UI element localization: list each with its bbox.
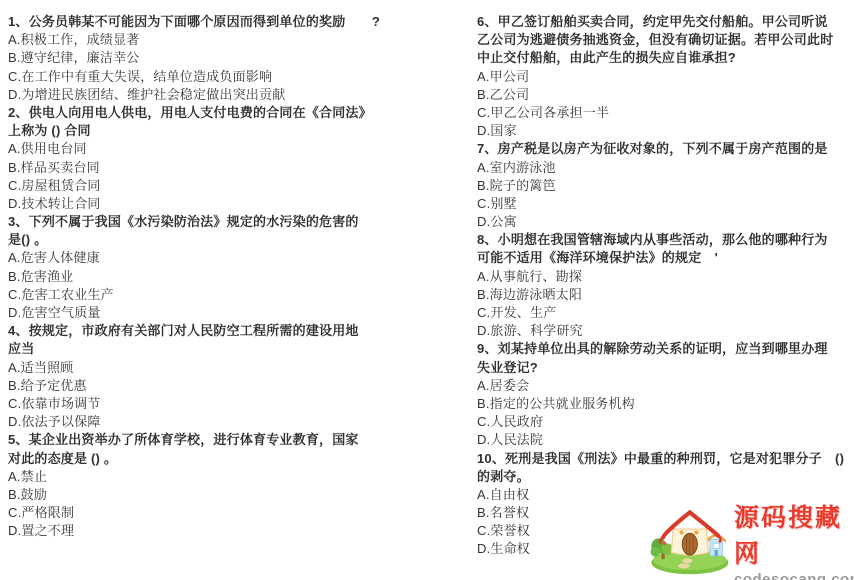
question-2-stem-line: 上称为 () 合同	[8, 122, 428, 140]
question-1-stem-line: 1、公务员韩某不可能因为下面哪个原因而得到单位的奖励 ?	[8, 13, 428, 31]
question-9-option: C.人民政府	[477, 413, 849, 431]
question-8-option: A.从事航行、勘探	[477, 268, 849, 286]
question-3-stem-line: 是() 。	[8, 231, 428, 249]
question-6-stem-line: 6、甲乙签订船舶买卖合同，约定甲先交付船舶。甲公司听说	[477, 13, 849, 31]
site-name: 源码搜藏网	[734, 498, 854, 570]
question-column-left: 1、公务员韩某不可能因为下面哪个原因而得到单位的奖励 ?A.积极工作，成绩显著B…	[8, 13, 428, 540]
question-1-option: D.为增进民族团结、维护社会稳定做出突出贡献	[8, 86, 428, 104]
question-3-option: B.危害渔业	[8, 268, 428, 286]
question-2-option: A.供用电台同	[8, 140, 428, 158]
question-7-stem-line: 7、房产税是以房产为征收对象的，下列不属于房产范围的是	[477, 140, 849, 158]
question-9-option: B.指定的公共就业服务机构	[477, 395, 849, 413]
question-5-option: D.置之不理	[8, 522, 428, 540]
question-8-stem-line: 可能不适用《海洋环境保护法》的规定 '	[477, 249, 849, 267]
question-3-option: A.危害人体健康	[8, 249, 428, 267]
question-4-option: A.适当照顾	[8, 359, 428, 377]
question-3-option: D.危害空气质量	[8, 304, 428, 322]
question-3-option: C.危害工农业生产	[8, 286, 428, 304]
question-9-option: A.居委会	[477, 377, 849, 395]
exam-document-page: 1、公务员韩某不可能因为下面哪个原因而得到单位的奖励 ?A.积极工作，成绩显著B…	[0, 0, 854, 580]
question-6-stem-line: 乙公司为逃避债务抽逃资金，但没有确切证据。若甲公司此时	[477, 31, 849, 49]
question-5-stem-line: 5、某企业出资举办了所体育学校，进行体育专业教育，国家	[8, 431, 428, 449]
question-1-option: B.遵守纪律，廉洁幸公	[8, 49, 428, 67]
question-column-right: 6、甲乙签订船舶买卖合同，约定甲先交付船舶。甲公司听说乙公司为逃避债务抽逃资金，…	[477, 13, 849, 559]
question-2-stem-line: 2、供电人向用电人供电，用电人支付电费的合同在《合同法》	[8, 104, 428, 122]
question-7-option: D.公寓	[477, 213, 849, 231]
question-4-stem-line: 应当	[8, 340, 428, 358]
question-6-stem-line: 中止交付船舶，由此产生的损失应自谁承担?	[477, 49, 849, 67]
question-7-option: A.室内游泳池	[477, 159, 849, 177]
question-9-stem-line: 9、刘某持单位出具的解除劳动关系的证明，应当到哪里办理	[477, 340, 849, 358]
site-domain: codesocang.com	[734, 571, 854, 580]
question-10-stem-line: 的剥夺。	[477, 468, 849, 486]
question-5-option: C.严格限制	[8, 504, 428, 522]
question-2-option: C.房屋租赁合同	[8, 177, 428, 195]
question-8-option: B.海边游泳晒太阳	[477, 286, 849, 304]
question-7-option: B.院子的篱笆	[477, 177, 849, 195]
question-6-option: D.国家	[477, 122, 849, 140]
question-7-option: C.别墅	[477, 195, 849, 213]
question-9-option: D.人民法院	[477, 431, 849, 449]
question-2-option: D.技术转让合同	[8, 195, 428, 213]
question-2-option: B.样品买卖台同	[8, 159, 428, 177]
question-3-stem-line: 3、下列不属于我国《水污染防治法》规定的水污染的危害的	[8, 213, 428, 231]
question-8-stem-line: 8、小明想在我国管辖海域内从事些活动，那么他的哪种行为	[477, 231, 849, 249]
question-4-option: C.依靠市场调节	[8, 395, 428, 413]
question-1-option: C.在工作中有重大失误，结单位造成负面影响	[8, 68, 428, 86]
question-4-option: B.给予定优惠	[8, 377, 428, 395]
watermark-text: 源码搜藏网 codesocang.com	[734, 498, 854, 580]
site-watermark: 源码搜藏网 codesocang.com	[648, 502, 848, 578]
question-8-option: D.旅游、科学研究	[477, 322, 849, 340]
question-8-option: C.开发、生产	[477, 304, 849, 322]
question-1-option: A.积极工作，成绩显著	[8, 31, 428, 49]
question-6-option: C.甲乙公司各承担一半	[477, 104, 849, 122]
question-5-option: A.禁止	[8, 468, 428, 486]
question-10-stem-line: 10、死刑是我国《刑法》中最重的种刑罚，它是对犯罪分子 ()	[477, 450, 849, 468]
question-4-option: D.依法予以保障	[8, 413, 428, 431]
question-5-stem-line: 对此的态度是 () 。	[8, 450, 428, 468]
question-6-option: B.乙公司	[477, 86, 849, 104]
question-5-option: B.鼓励	[8, 486, 428, 504]
house-logo-icon	[648, 502, 740, 578]
question-6-option: A.甲公司	[477, 68, 849, 86]
question-9-stem-line: 失业登记?	[477, 359, 849, 377]
question-4-stem-line: 4、按规定，市政府有关部门对人民防空工程所需的建设用地	[8, 322, 428, 340]
